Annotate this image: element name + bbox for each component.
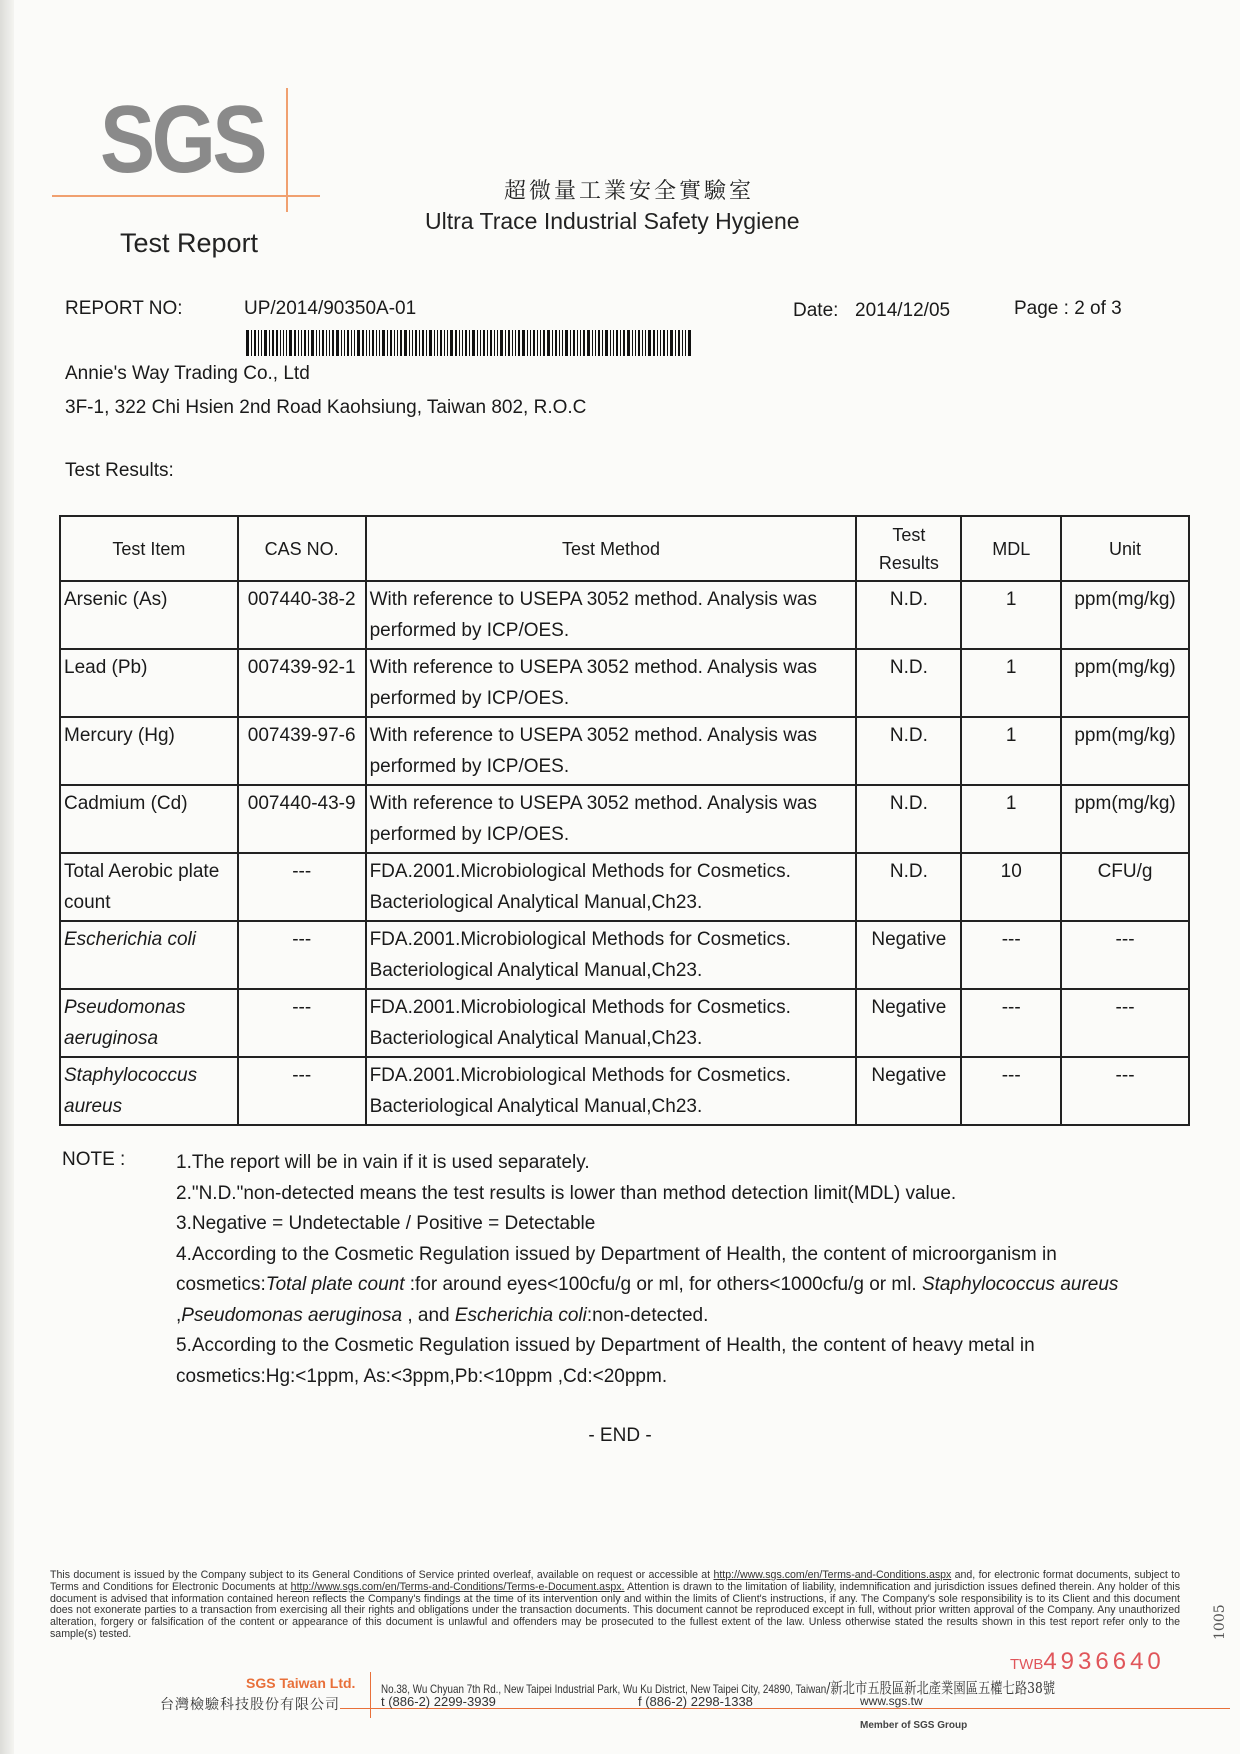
header-test-results: Test Results — [856, 516, 961, 581]
cas-no-cell: --- — [238, 921, 366, 989]
note-4: 4.According to the Cosmetic Regulation i… — [176, 1240, 1176, 1332]
test-method-cell: FDA.2001.Microbiological Methods for Cos… — [366, 1057, 857, 1125]
test-item-cell: Pseudomonas aeruginosa — [60, 989, 238, 1057]
sgs-logo: SGS — [100, 92, 264, 188]
mdl-cell: --- — [961, 1057, 1061, 1125]
legal-disclaimer: This document is issued by the Company s… — [50, 1570, 1180, 1641]
results-title: Test Results: — [65, 460, 174, 482]
table-row: Mercury (Hg)007439-97-6With reference to… — [60, 717, 1189, 785]
logo-vertical-rule — [286, 88, 288, 212]
test-item-cell: Staphylococcus aureus — [60, 1057, 238, 1125]
document-title: Test Report — [120, 228, 258, 259]
mdl-cell: 10 — [961, 853, 1061, 921]
company-fax: f (886-2) 2298-1338 — [638, 1694, 753, 1709]
test-result-cell: Negative — [856, 921, 961, 989]
table-header-row: Test Item CAS NO. Test Method Test Resul… — [60, 516, 1189, 581]
footer-vertical-rule — [370, 1672, 371, 1718]
test-method-cell: With reference to USEPA 3052 method. Ana… — [366, 649, 857, 717]
table-row: Total Aerobic plate count---FDA.2001.Mic… — [60, 853, 1189, 921]
note-1: 1.The report will be in vain if it is us… — [176, 1148, 1176, 1179]
header-test-method: Test Method — [366, 516, 857, 581]
report-no-label: REPORT NO: — [65, 298, 183, 320]
table-row: Pseudomonas aeruginosa---FDA.2001.Microb… — [60, 989, 1189, 1057]
barcode — [246, 330, 798, 356]
mdl-cell: 1 — [961, 581, 1061, 649]
header-cas-no: CAS NO. — [238, 516, 366, 581]
note-3: 3.Negative = Undetectable / Positive = D… — [176, 1209, 1176, 1240]
client-address: 3F-1, 322 Chi Hsien 2nd Road Kaohsiung, … — [65, 397, 586, 419]
report-date: 2014/12/05 — [855, 300, 950, 322]
test-method-cell: With reference to USEPA 3052 method. Ana… — [366, 717, 857, 785]
test-result-cell: N.D. — [856, 717, 961, 785]
table-row: Escherichia coli---FDA.2001.Microbiologi… — [60, 921, 1189, 989]
mdl-cell: --- — [961, 921, 1061, 989]
table-row: Lead (Pb)007439-92-1With reference to US… — [60, 649, 1189, 717]
test-item-cell: Lead (Pb) — [60, 649, 238, 717]
terms-link[interactable]: http://www.sgs.com/en/Terms-and-Conditio… — [713, 1569, 951, 1581]
lab-name-chinese: 超微量工業安全實驗室 — [504, 174, 754, 205]
note-label: NOTE : — [62, 1149, 125, 1171]
mdl-cell: --- — [961, 989, 1061, 1057]
cas-no-cell: --- — [238, 989, 366, 1057]
mdl-cell: 1 — [961, 649, 1061, 717]
cas-no-cell: 007440-38-2 — [238, 581, 366, 649]
company-website[interactable]: www.sgs.tw — [860, 1694, 923, 1708]
unit-cell: ppm(mg/kg) — [1061, 581, 1189, 649]
header-unit: Unit — [1061, 516, 1189, 581]
company-name-cn: 台灣檢驗科技股份有限公司 — [160, 1694, 340, 1714]
test-result-cell: Negative — [856, 989, 961, 1057]
note-2: 2."N.D."non-detected means the test resu… — [176, 1179, 1176, 1210]
header-mdl: MDL — [961, 516, 1061, 581]
test-result-cell: N.D. — [856, 649, 961, 717]
test-method-cell: FDA.2001.Microbiological Methods for Cos… — [366, 989, 857, 1057]
test-item-cell: Mercury (Hg) — [60, 717, 238, 785]
company-phone: t (886-2) 2299-3939 — [381, 1694, 496, 1709]
cas-no-cell: --- — [238, 853, 366, 921]
page-edge — [0, 0, 14, 1754]
cas-no-cell: 007439-97-6 — [238, 717, 366, 785]
test-result-cell: Negative — [856, 1057, 961, 1125]
serial-number: TWB4936640 — [1010, 1648, 1165, 1676]
notes-list: 1.The report will be in vain if it is us… — [176, 1148, 1176, 1392]
unit-cell: ppm(mg/kg) — [1061, 785, 1189, 853]
test-item-cell: Cadmium (Cd) — [60, 785, 238, 853]
unit-cell: CFU/g — [1061, 853, 1189, 921]
test-result-cell: N.D. — [856, 853, 961, 921]
report-no: UP/2014/90350A-01 — [244, 298, 416, 320]
client-name: Annie's Way Trading Co., Ltd — [65, 363, 310, 385]
unit-cell: ppm(mg/kg) — [1061, 717, 1189, 785]
table-row: Cadmium (Cd)007440-43-9With reference to… — [60, 785, 1189, 853]
test-result-cell: N.D. — [856, 581, 961, 649]
side-number: 1005 — [1212, 1604, 1228, 1640]
test-item-cell: Total Aerobic plate count — [60, 853, 238, 921]
results-table: Test Item CAS NO. Test Method Test Resul… — [59, 515, 1190, 1126]
cas-no-cell: 007439-92-1 — [238, 649, 366, 717]
unit-cell: ppm(mg/kg) — [1061, 649, 1189, 717]
note-5: 5.According to the Cosmetic Regulation i… — [176, 1331, 1106, 1392]
end-marker: - END - — [0, 1425, 1240, 1447]
page-indicator: Page : 2 of 3 — [1014, 298, 1122, 320]
date-label: Date: — [793, 300, 838, 322]
mdl-cell: 1 — [961, 717, 1061, 785]
lab-name-english: Ultra Trace Industrial Safety Hygiene — [425, 208, 800, 235]
member-of-sgs-group: Member of SGS Group — [860, 1720, 967, 1731]
e-document-terms-link[interactable]: http://www.sgs.com/en/Terms-and-Conditio… — [291, 1581, 625, 1593]
test-method-cell: With reference to USEPA 3052 method. Ana… — [366, 581, 857, 649]
test-method-cell: With reference to USEPA 3052 method. Ana… — [366, 785, 857, 853]
logo-horizontal-rule — [52, 195, 320, 197]
unit-cell: --- — [1061, 989, 1189, 1057]
mdl-cell: 1 — [961, 785, 1061, 853]
cas-no-cell: --- — [238, 1057, 366, 1125]
test-item-cell: Escherichia coli — [60, 921, 238, 989]
test-result-cell: N.D. — [856, 785, 961, 853]
table-row: Arsenic (As)007440-38-2With reference to… — [60, 581, 1189, 649]
table-row: Staphylococcus aureus---FDA.2001.Microbi… — [60, 1057, 1189, 1125]
unit-cell: --- — [1061, 921, 1189, 989]
company-name-en: SGS Taiwan Ltd. — [246, 1675, 355, 1691]
test-item-cell: Arsenic (As) — [60, 581, 238, 649]
test-method-cell: FDA.2001.Microbiological Methods for Cos… — [366, 921, 857, 989]
test-method-cell: FDA.2001.Microbiological Methods for Cos… — [366, 853, 857, 921]
unit-cell: --- — [1061, 1057, 1189, 1125]
header-test-item: Test Item — [60, 516, 238, 581]
cas-no-cell: 007440-43-9 — [238, 785, 366, 853]
